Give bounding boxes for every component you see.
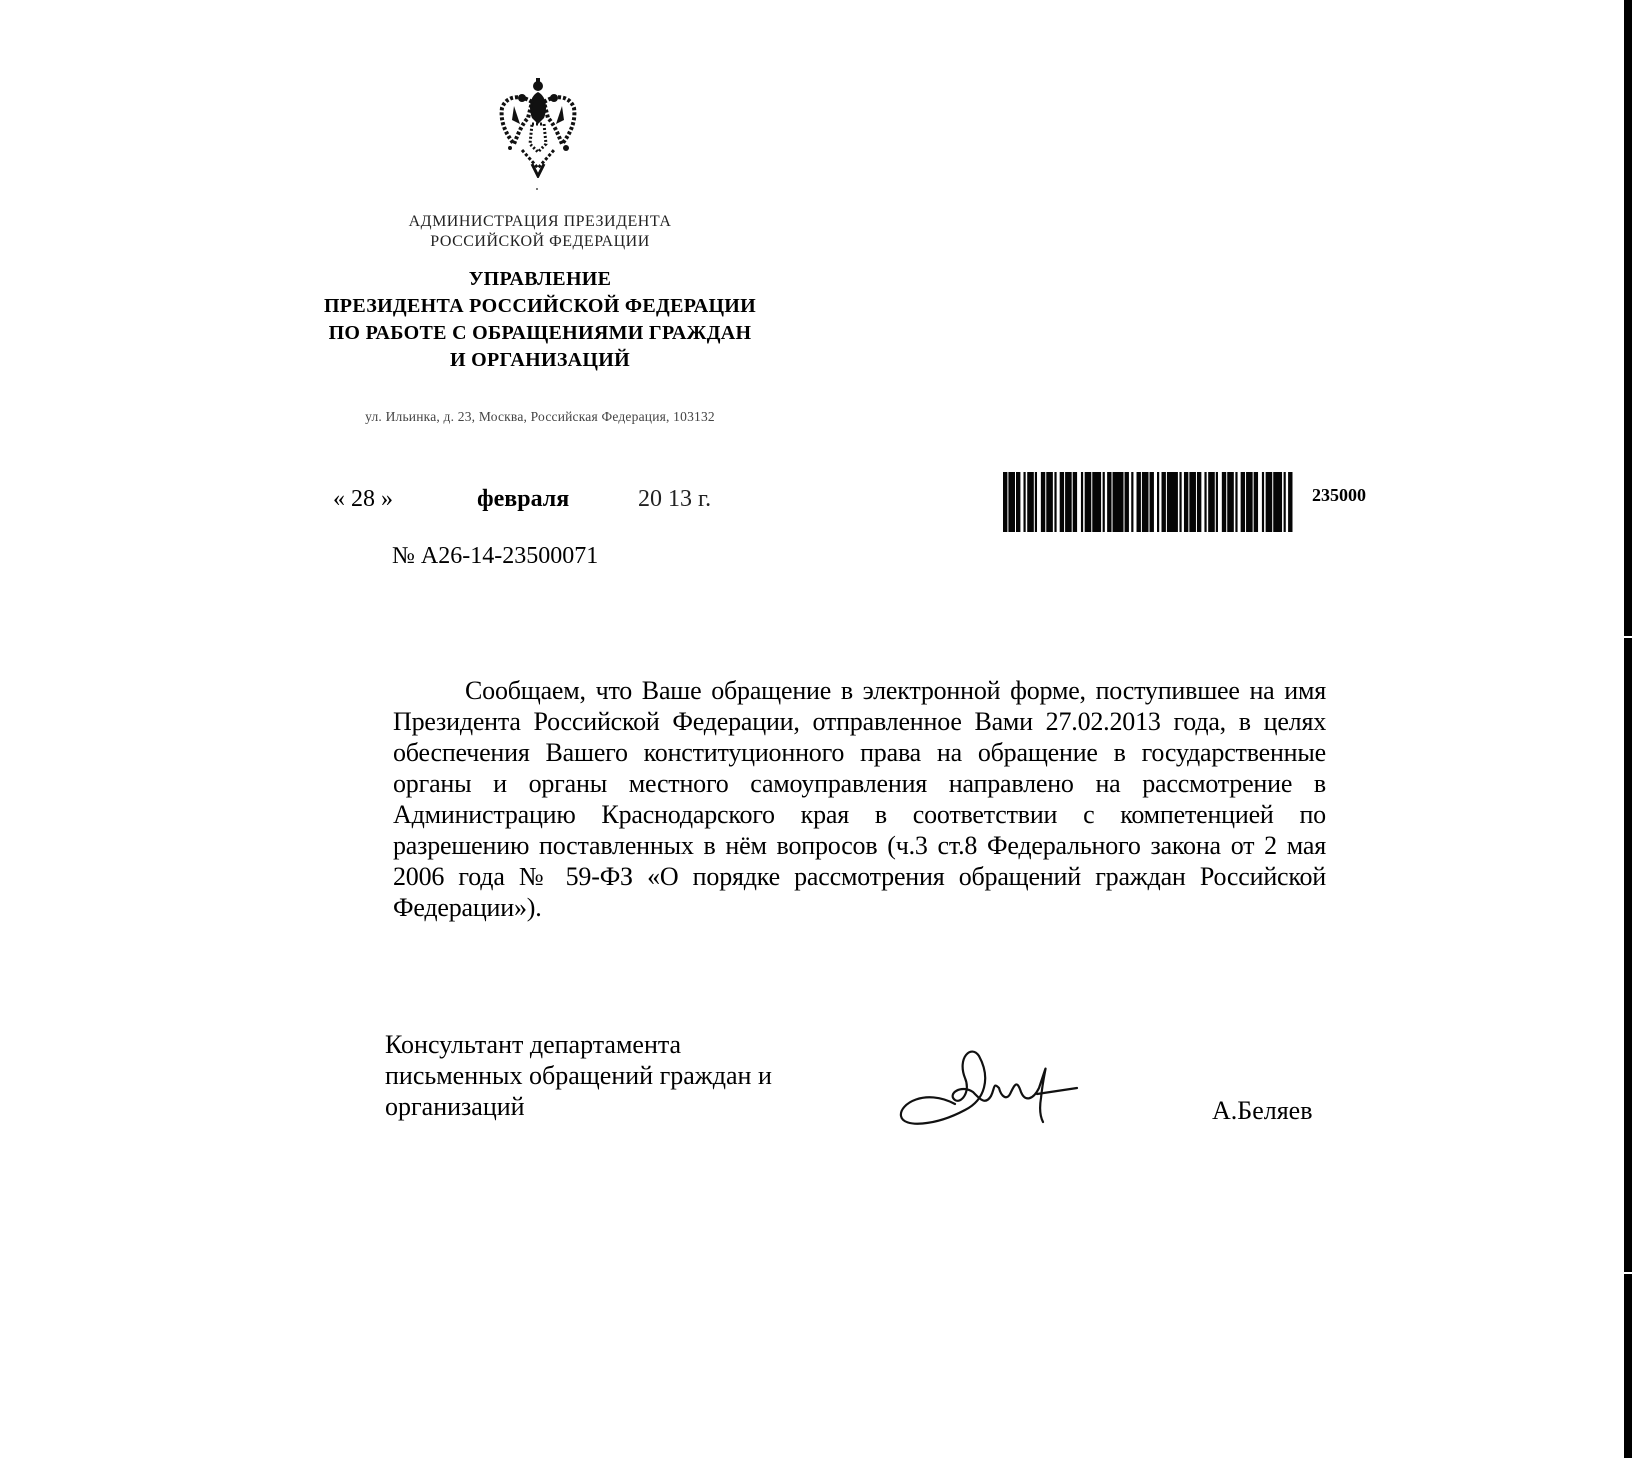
barcode-number: 235000 xyxy=(1312,485,1366,506)
reference-number: № А26-14-23500071 xyxy=(392,541,598,571)
department-name-line: ПО РАБОТЕ С ОБРАЩЕНИЯМИ ГРАЖДАН xyxy=(300,320,780,347)
department-name-line: УПРАВЛЕНИЕ xyxy=(300,266,780,293)
date-year: 20 13 г. xyxy=(638,484,711,514)
scan-speck xyxy=(536,188,538,190)
scan-edge-artifact xyxy=(1624,1274,1632,1458)
barcode-icon xyxy=(1003,472,1293,532)
russian-coat-of-arms-icon xyxy=(492,78,584,178)
signer-title-line: организаций xyxy=(385,1091,825,1122)
scan-edge-artifact xyxy=(1624,0,1632,636)
department-name-line: И ОРГАНИЗАЦИЙ xyxy=(300,347,780,374)
date-day: « 28 » xyxy=(333,484,393,514)
sender-address: ул. Ильинка, д. 23, Москва, Российская Ф… xyxy=(300,409,780,425)
signer-title-line: Консультант департамента xyxy=(385,1029,825,1060)
handwritten-signature-icon xyxy=(895,1048,1090,1128)
department-name-line: ПРЕЗИДЕНТА РОССИЙСКОЙ ФЕДЕРАЦИИ xyxy=(300,293,780,320)
org-name-line: АДМИНИСТРАЦИЯ ПРЕЗИДЕНТА xyxy=(300,212,780,232)
scan-edge-artifact xyxy=(1624,638,1632,1272)
date-month: февраля xyxy=(477,484,569,514)
signer-title: Консультант департамента письменных обра… xyxy=(385,1029,825,1122)
org-name-line: РОССИЙСКОЙ ФЕДЕРАЦИИ xyxy=(300,232,780,252)
signer-title-line: письменных обращений граждан и xyxy=(385,1060,825,1091)
letter-body-paragraph: Сообщаем, что Ваше обращение в электронн… xyxy=(393,675,1326,923)
signer-name: А.Беляев xyxy=(1212,1095,1313,1126)
